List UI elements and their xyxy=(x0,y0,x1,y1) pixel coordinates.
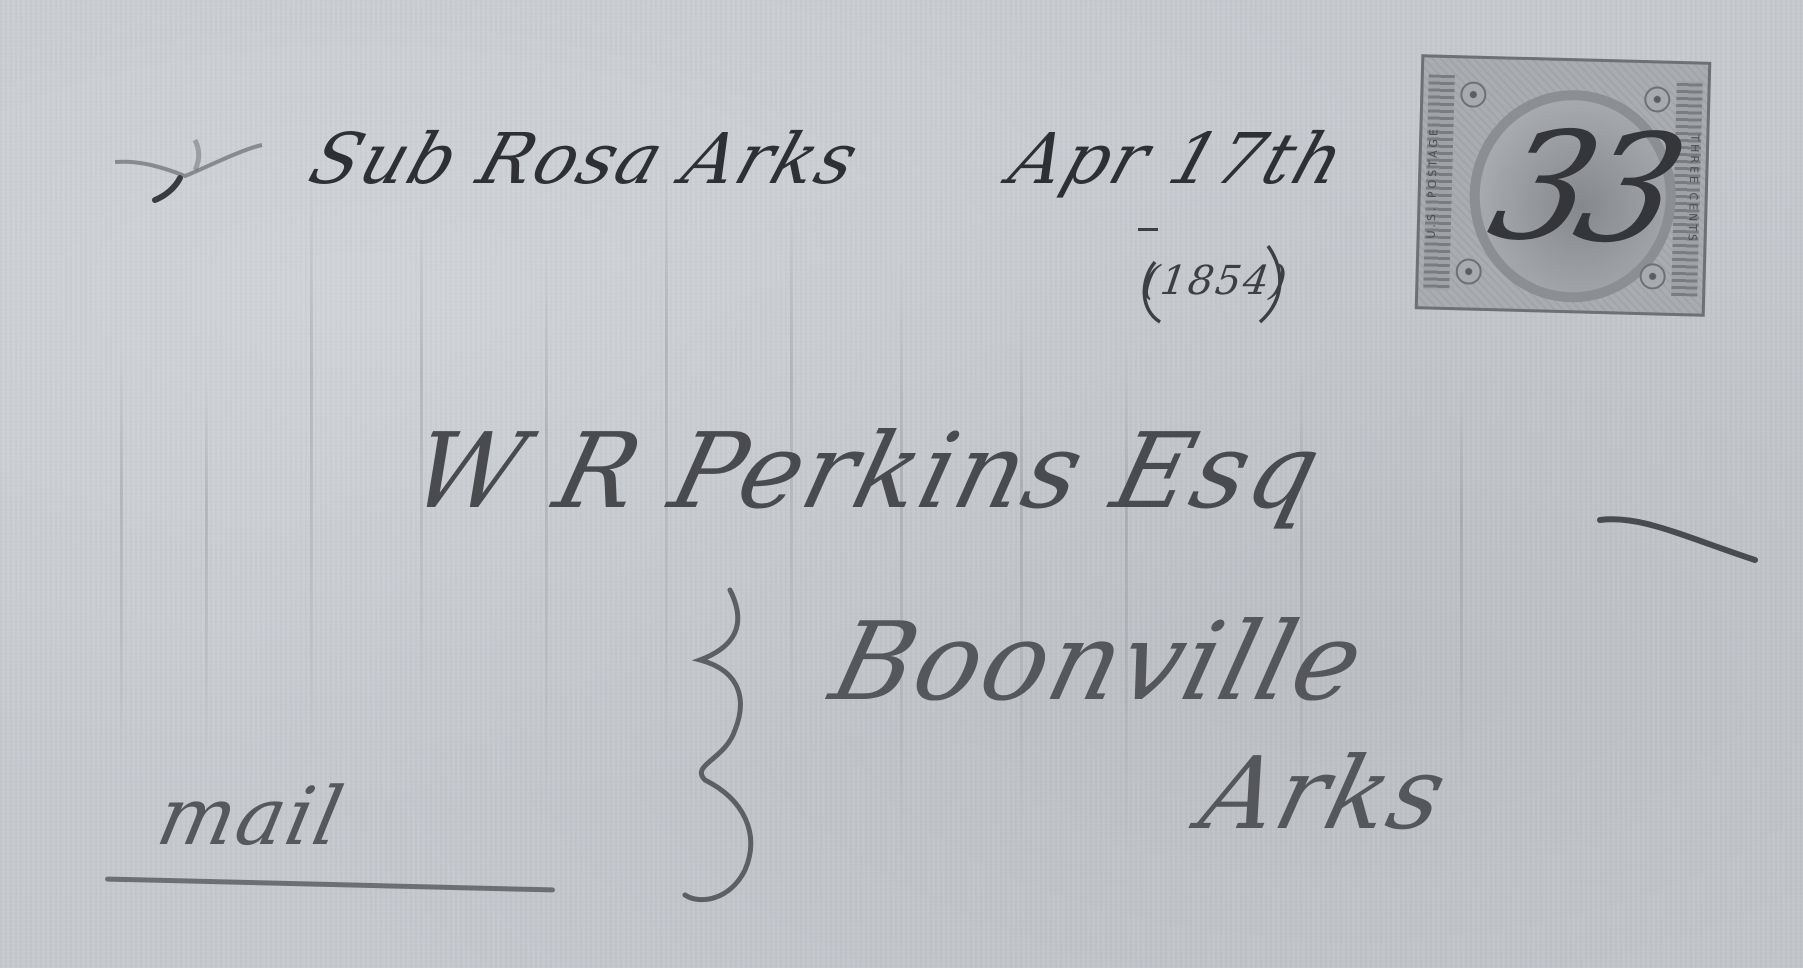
year-annotation: (1854) xyxy=(1140,258,1291,304)
bleed-through-stroke xyxy=(310,170,313,770)
bleed-through-stroke xyxy=(1460,380,1463,800)
bleed-through-stroke xyxy=(1020,300,1023,840)
date-dash-mark xyxy=(1138,228,1158,231)
addressee-handwriting: W R Perkins Esq xyxy=(400,410,1334,532)
mail-underline xyxy=(105,877,555,893)
bleed-through-stroke xyxy=(205,380,208,760)
bleed-through-stroke xyxy=(120,350,123,770)
origin-town-handwriting: Sub Rosa Arks xyxy=(300,118,870,200)
mail-notation-handwriting: mail xyxy=(150,770,353,863)
bleed-through-stroke xyxy=(900,260,903,880)
postal-cover: Sub Rosa Arks Apr 17th (1854) U.S. POSTA… xyxy=(0,0,1803,968)
city-handwriting: Boonville xyxy=(820,600,1377,725)
state-handwriting: Arks xyxy=(1190,735,1459,852)
postage-stamp: U.S. POSTAGE THREE CENTS 33 xyxy=(1415,54,1712,317)
date-handwriting: Apr 17th xyxy=(1000,118,1356,200)
